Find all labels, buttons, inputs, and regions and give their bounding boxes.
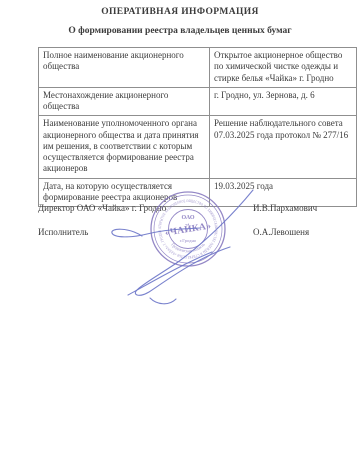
row-value-authorized-body: Решение наблюдательного совета 07.03.202… xyxy=(210,116,357,178)
row-label-full-name: Полное наименование акционерного обществ… xyxy=(39,48,210,88)
document-subtitle: О формировании реестра владельцев ценных… xyxy=(0,26,360,36)
row-label-location: Местонахождение акционерного общества xyxy=(39,87,210,116)
director-signature-flourish xyxy=(128,252,212,304)
table-row: Полное наименование акционерного обществ… xyxy=(39,48,357,88)
seal-region-arc-text: Гродненская область xyxy=(170,242,206,253)
executor-name: О.А.Левошеня xyxy=(253,227,309,237)
director-name: И.В.Пархамович xyxy=(253,203,317,213)
table-row: Наименование уполномоченного органа акци… xyxy=(39,116,357,178)
director-role-label: Директор ОАО «Чайка» г. Гродно xyxy=(38,203,166,213)
info-table: Полное наименование акционерного обществ… xyxy=(38,47,357,207)
row-label-authorized-body: Наименование уполномоченного органа акци… xyxy=(39,116,210,178)
document-title: ОПЕРАТИВНАЯ ИНФОРМАЦИЯ xyxy=(0,7,360,17)
row-value-full-name: Открытое акционерное общество по химичес… xyxy=(210,48,357,88)
signature-row-executor: Исполнитель О.А.Левошеня xyxy=(0,227,360,241)
table-row: Местонахождение акционерного общества г.… xyxy=(39,87,357,116)
executor-role-label: Исполнитель xyxy=(38,227,88,237)
info-table-container: Полное наименование акционерного обществ… xyxy=(38,47,338,207)
signature-row-director: Директор ОАО «Чайка» г. Гродно И.В.Парха… xyxy=(0,203,360,217)
document-page: ОПЕРАТИВНАЯ ИНФОРМАЦИЯ О формировании ре… xyxy=(0,0,360,450)
row-value-location: г. Гродно, ул. Зернова, д. 6 xyxy=(210,87,357,116)
